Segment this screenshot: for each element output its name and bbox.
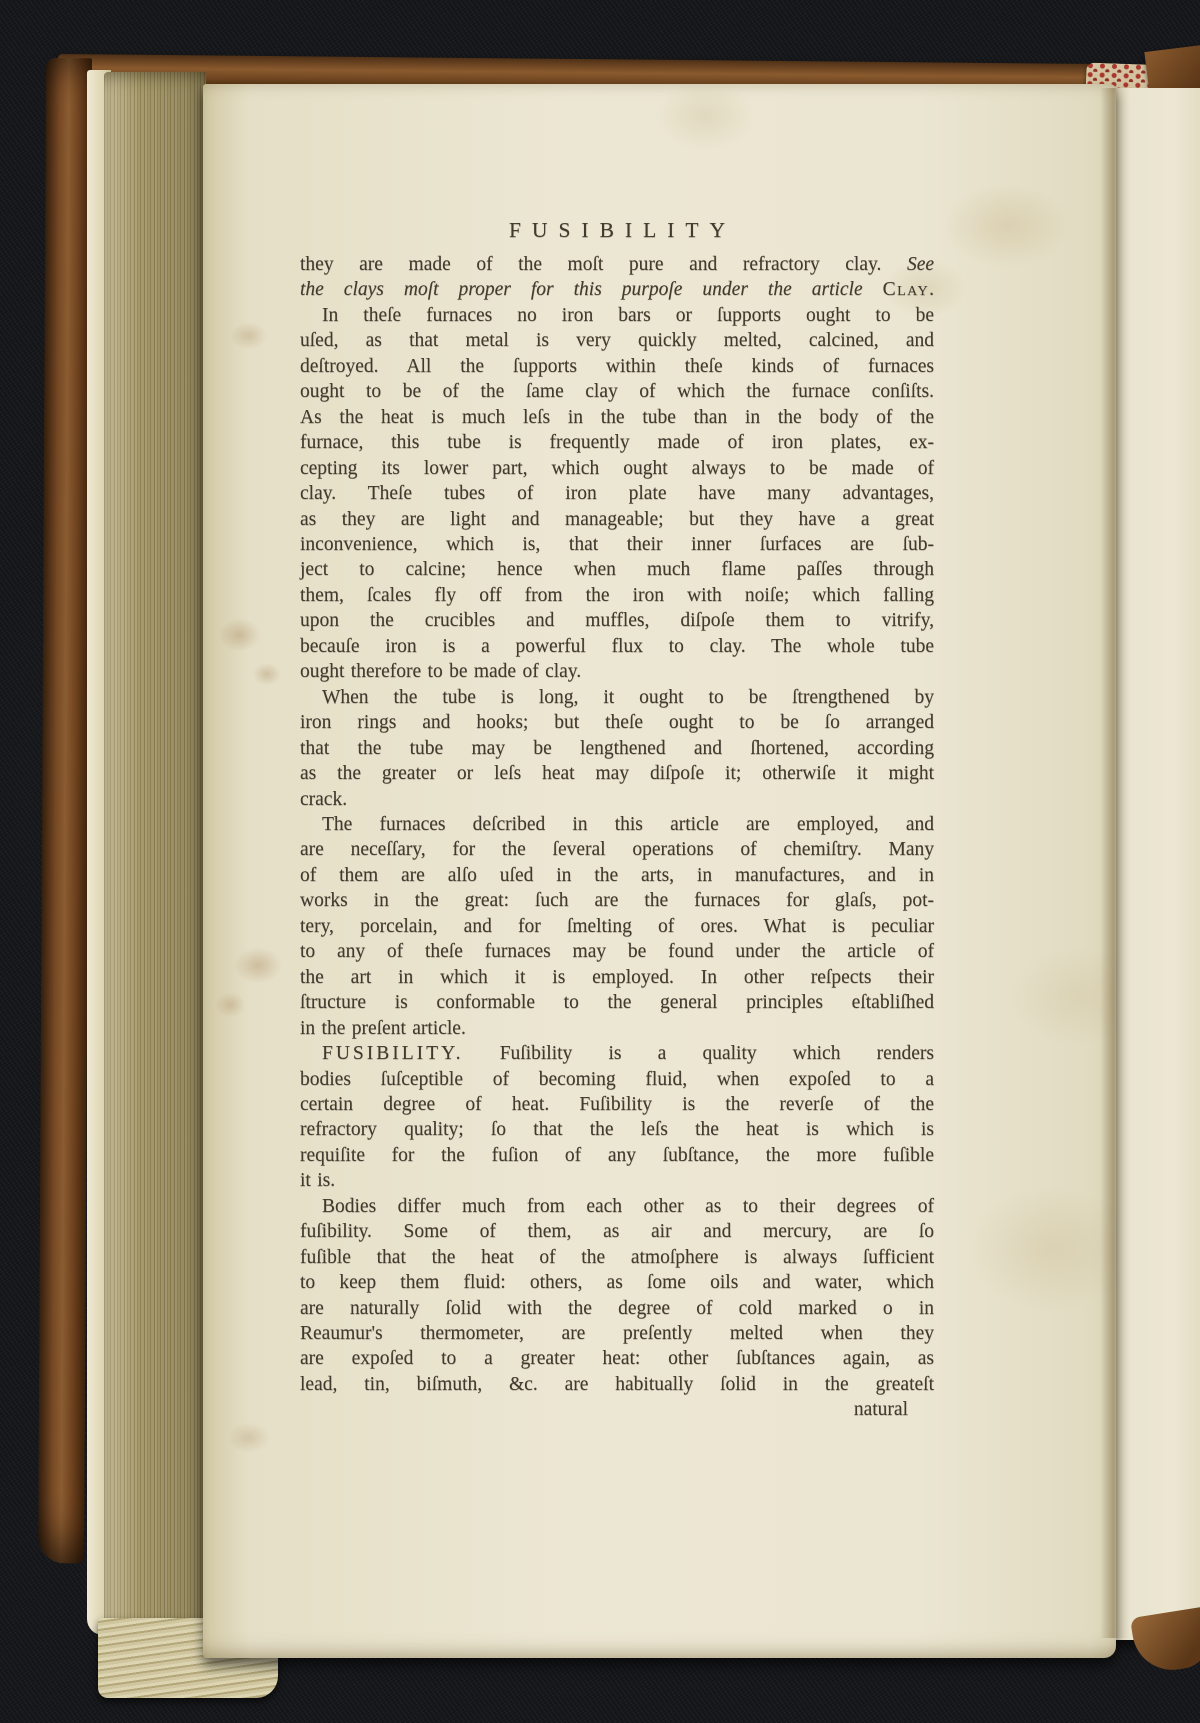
text-line: works in the great: ſuch are the furnace… (300, 888, 934, 913)
text-segment: In theſe furnaces no iron bars or ſuppor… (322, 305, 934, 326)
text-line: iron rings and hooks; but theſe ought to… (300, 710, 934, 735)
leather-spine-edge (38, 58, 92, 1563)
text-segment: ought to be of the ſame clay of which th… (300, 381, 934, 402)
text-line: as the greater or leſs heat may diſpoſe … (300, 761, 934, 786)
text-segment: The furnaces deſcribed in this article a… (322, 814, 934, 835)
paragraph: they are made of the moſt pure and refra… (300, 252, 934, 303)
text-line: ought therefore to be made of clay. (300, 659, 934, 684)
text-segment: . (929, 279, 934, 300)
text-segment: are expoſed to a greater heat: other ſub… (300, 1348, 934, 1369)
text-line: are expoſed to a greater heat: other ſub… (300, 1346, 934, 1371)
text-line: refractory quality; ſo that the leſs the… (300, 1117, 934, 1142)
text-segment: the art in which it is employed. In othe… (300, 967, 934, 988)
leather-corner-bottom-right (1130, 1606, 1200, 1675)
text-segment: tery, porcelain, and for ſmelting of ore… (300, 916, 934, 937)
text-segment: fuſible that the heat of the atmoſphere … (300, 1247, 934, 1268)
text-segment: works in the great: ſuch are the furnace… (300, 890, 934, 911)
text-line: ject to calcine; hence when much flame p… (300, 557, 934, 582)
text-line: certain degree of heat. Fuſibility is th… (300, 1092, 934, 1117)
text-segment: as they are light and manageable; but th… (300, 509, 934, 530)
text-line: deſtroyed. All the ſupports within theſe… (300, 354, 934, 379)
text-segment: As the heat is much leſs in the tube tha… (300, 407, 934, 428)
text-line: requiſite for the fuſion of any ſubſtanc… (300, 1143, 934, 1168)
text-line: are naturally ſolid with the degree of c… (300, 1296, 934, 1321)
text-segment: ject to calcine; hence when much flame p… (300, 559, 934, 580)
text-segment: ought therefore to be made of clay. (300, 661, 581, 682)
text-line: bodies ſuſceptible of becoming fluid, wh… (300, 1067, 934, 1092)
text-line: furnace, this tube is frequently made of… (300, 430, 934, 455)
text-segment: ſtructure is conformable to the general … (300, 992, 934, 1013)
page-edges-stack (104, 72, 206, 1664)
text-segment: bodies ſuſceptible of becoming fluid, wh… (300, 1069, 934, 1090)
text-line: upon the crucibles and muffles, diſpoſe … (300, 608, 934, 633)
paragraph: The furnaces deſcribed in this article a… (300, 812, 934, 1041)
text-segment: lead, tin, biſmuth, &c. are habitually ſ… (300, 1374, 934, 1395)
text-line: it is. (300, 1168, 934, 1193)
text-segment: requiſite for the fuſion of any ſubſtanc… (300, 1145, 934, 1166)
text-line: inconvenience, which is, that their inne… (300, 532, 934, 557)
text-segment: When the tube is long, it ought to be ſt… (322, 687, 934, 708)
paragraph: When the tube is long, it ought to be ſt… (300, 685, 934, 812)
text-segment: furnace, this tube is frequently made of… (300, 432, 934, 453)
text-segment: Bodies differ much from each other as to… (322, 1196, 934, 1217)
text-segment: becauſe iron is a powerful flux to clay.… (300, 636, 934, 657)
text-segment: Clay (883, 279, 930, 300)
text-segment: are naturally ſolid with the degree of c… (300, 1298, 934, 1319)
text-segment: of them are alſo uſed in the arts, in ma… (300, 865, 934, 886)
text-line: uſed, as that metal is very quickly melt… (300, 328, 934, 353)
text-segment: to keep them fluid: others, as ſome oils… (300, 1272, 934, 1293)
text-segment: clay. Theſe tubes of iron plate have man… (300, 483, 934, 504)
text-line: clay. Theſe tubes of iron plate have man… (300, 481, 934, 506)
text-segment: to any of theſe furnaces may be found un… (300, 941, 934, 962)
text-segment: refractory quality; ſo that the leſs the… (300, 1119, 934, 1140)
photo-background: { "book": { "colors": { "background": "#… (0, 0, 1200, 1723)
text-line: tery, porcelain, and for ſmelting of ore… (300, 914, 934, 939)
text-segment: crack. (300, 789, 347, 810)
fold-shadow (1100, 88, 1130, 1638)
text-segment: as the greater or leſs heat may diſpoſe … (300, 763, 934, 784)
text-line: they are made of the moſt pure and refra… (300, 252, 934, 277)
text-line: In theſe furnaces no iron bars or ſuppor… (300, 303, 934, 328)
text-line: to any of theſe furnaces may be found un… (300, 939, 934, 964)
text-segment: inconvenience, which is, that their inne… (300, 534, 934, 555)
text-segment: it is. (300, 1170, 335, 1191)
text-line: Bodies differ much from each other as to… (300, 1194, 934, 1219)
text-line: When the tube is long, it ought to be ſt… (300, 685, 934, 710)
text-line: that the tube may be lengthened and ſhor… (300, 736, 934, 761)
page-title: FUSIBILITY (300, 216, 934, 244)
catchword: natural (300, 1397, 934, 1422)
text-line: crack. (300, 787, 934, 812)
text-segment: deſtroyed. All the ſupports within theſe… (300, 356, 934, 377)
text-line: them, ſcales fly off from the iron with … (300, 583, 934, 608)
text-segment: in the preſent article. (300, 1018, 466, 1039)
text-line: fuſible that the heat of the atmoſphere … (300, 1245, 934, 1270)
text-segment: upon the crucibles and muffles, diſpoſe … (300, 610, 934, 631)
text-line: As the heat is much leſs in the tube tha… (300, 405, 934, 430)
text-segment: Reaumur's thermometer, are preſently mel… (300, 1323, 934, 1344)
text-line: the art in which it is employed. In othe… (300, 965, 934, 990)
paragraph: Bodies differ much from each other as to… (300, 1194, 934, 1398)
text-segment: the clays moſt proper for this purpoſe u… (300, 279, 883, 300)
text-line: the clays moſt proper for this purpoſe u… (300, 277, 934, 302)
text-segment: iron rings and hooks; but theſe ought to… (300, 712, 934, 733)
text-segment: they are made of the moſt pure and refra… (300, 254, 907, 275)
text-line: ſtructure is conformable to the general … (300, 990, 934, 1015)
text-line: are neceſſary, for the ſeveral operation… (300, 837, 934, 862)
text-segment: are neceſſary, for the ſeveral operation… (300, 839, 934, 860)
text-line: in the preſent article. (300, 1016, 934, 1041)
text-line: FUSIBILITY. Fuſibility is a quality whic… (300, 1041, 934, 1066)
text-segment: uſed, as that metal is very quickly melt… (300, 330, 934, 351)
text-segment: fuſibility. Some of them, as air and mer… (300, 1221, 934, 1242)
page-text: they are made of the moſt pure and refra… (300, 252, 934, 1397)
paragraph: In theſe furnaces no iron bars or ſuppor… (300, 303, 934, 685)
text-line: ought to be of the ſame clay of which th… (300, 379, 934, 404)
text-line: fuſibility. Some of them, as air and mer… (300, 1219, 934, 1244)
text-segment: FUSIBILITY. (322, 1043, 464, 1064)
text-segment: them, ſcales fly off from the iron with … (300, 585, 934, 606)
text-segment: that the tube may be lengthened and ſhor… (300, 738, 934, 759)
text-line: cepting its lower part, which ought alwa… (300, 456, 934, 481)
text-line: becauſe iron is a powerful flux to clay.… (300, 634, 934, 659)
text-line: Reaumur's thermometer, are preſently mel… (300, 1321, 934, 1346)
text-segment: cepting its lower part, which ought alwa… (300, 458, 934, 479)
paragraph: FUSIBILITY. Fuſibility is a quality whic… (300, 1041, 934, 1194)
text-line: of them are alſo uſed in the arts, in ma… (300, 863, 934, 888)
text-segment: Fuſibility is a quality which renders (464, 1043, 934, 1064)
text-line: The furnaces deſcribed in this article a… (300, 812, 934, 837)
book-page: FUSIBILITY they are made of the moſt pur… (203, 84, 1116, 1658)
text-line: as they are light and manageable; but th… (300, 507, 934, 532)
text-line: to keep them fluid: others, as ſome oils… (300, 1270, 934, 1295)
text-segment: certain degree of heat. Fuſibility is th… (300, 1094, 934, 1115)
text-segment: See (907, 254, 934, 275)
text-line: lead, tin, biſmuth, &c. are habitually ſ… (300, 1372, 934, 1397)
